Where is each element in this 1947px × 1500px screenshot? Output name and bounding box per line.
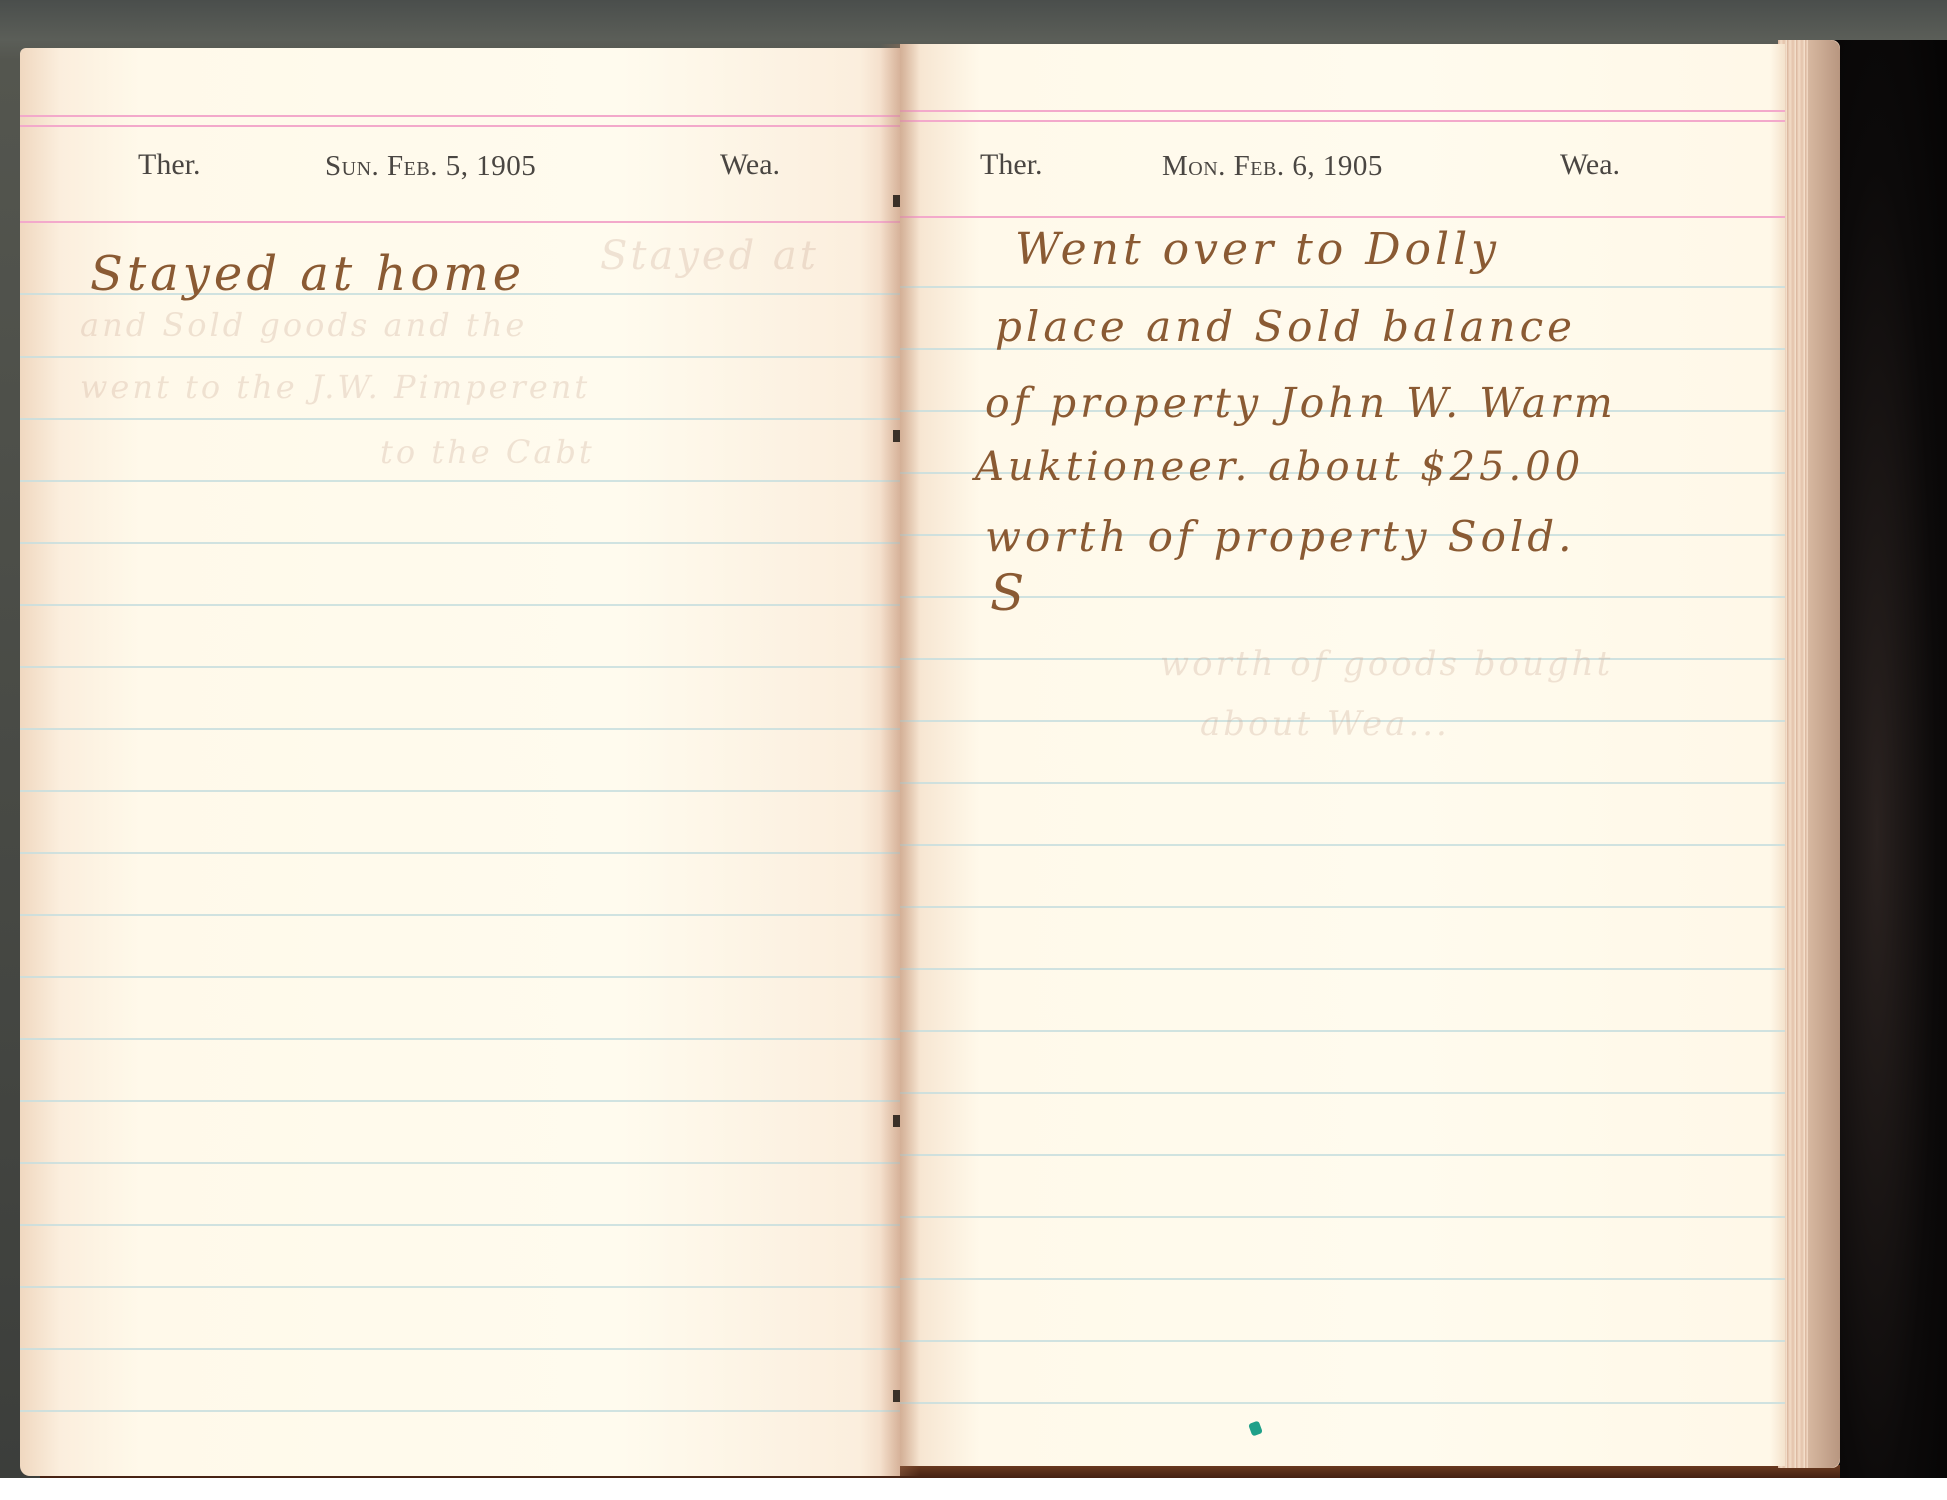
ruled-line xyxy=(20,1100,900,1102)
ruled-line xyxy=(900,968,1785,970)
ruled-line xyxy=(20,480,900,482)
handwritten-entry-line: Went over to Dolly xyxy=(1015,224,1500,275)
ruled-line xyxy=(900,844,1785,846)
ruled-line xyxy=(900,1030,1785,1032)
bleed-through-text: to the Cabt xyxy=(380,433,595,471)
binding-stitch xyxy=(893,195,900,207)
right-page-header: Ther. Mon. Feb. 6, 1905 Wea. xyxy=(900,148,1785,198)
left-diary-page: Ther. Sun. Feb. 5, 1905 Wea. Stayed at a… xyxy=(20,48,900,1476)
ruled-line xyxy=(20,542,900,544)
ther-label: Ther. xyxy=(138,148,200,182)
header-rule-top-2 xyxy=(20,125,900,127)
ruled-line xyxy=(20,790,900,792)
ruled-line xyxy=(900,1092,1785,1094)
page-date: Mon. Feb. 6, 1905 xyxy=(1162,150,1383,183)
bleed-through-text: Stayed at xyxy=(600,233,819,279)
wea-label: Wea. xyxy=(1560,148,1620,182)
ruled-line xyxy=(20,604,900,606)
handwritten-entry-line: place and Sold balance xyxy=(995,302,1576,351)
bleed-through-text: about Wea... xyxy=(1200,704,1450,744)
bleed-through-text: went to the J.W. Pimperent xyxy=(80,368,590,406)
book-cover-right xyxy=(1830,40,1947,1482)
ruled-line xyxy=(900,596,1785,598)
binding-stitch xyxy=(893,1390,900,1402)
book-gutter xyxy=(880,44,920,1476)
bleed-through-text: and Sold goods and the xyxy=(80,306,527,344)
ruled-line xyxy=(900,1278,1785,1280)
ruled-line xyxy=(20,356,900,358)
ruled-line xyxy=(20,1348,900,1350)
handwritten-entry-line: of property John W. Warm xyxy=(985,379,1617,427)
ruled-line xyxy=(20,1286,900,1288)
scan-margin-bottom xyxy=(0,1478,1947,1500)
handwritten-entry-line: Auktioneer. about $25.00 xyxy=(975,444,1584,490)
ruled-line xyxy=(900,1402,1785,1404)
ruled-line xyxy=(20,976,900,978)
ruled-line xyxy=(900,1340,1785,1342)
ruled-line xyxy=(20,1410,900,1412)
ruled-line xyxy=(20,914,900,916)
ink-blot xyxy=(1248,1421,1263,1437)
header-rule-top-1 xyxy=(900,110,1785,112)
page-date: Sun. Feb. 5, 1905 xyxy=(325,150,536,183)
ruled-line xyxy=(900,782,1785,784)
ruled-line xyxy=(20,1038,900,1040)
ruled-line xyxy=(20,852,900,854)
ruled-line xyxy=(20,666,900,668)
bleed-through-text: worth of goods bought xyxy=(1160,644,1613,684)
header-rule-bottom xyxy=(900,216,1785,218)
handwritten-entry-line: worth of property Sold. xyxy=(985,512,1576,561)
wea-label: Wea. xyxy=(720,148,780,182)
ther-label: Ther. xyxy=(980,148,1042,182)
ruled-line xyxy=(900,286,1785,288)
ruled-line xyxy=(20,1162,900,1164)
header-rule-top-1 xyxy=(20,115,900,117)
ruled-line xyxy=(900,906,1785,908)
binding-stitch xyxy=(893,1115,900,1127)
header-rule-bottom xyxy=(20,221,900,223)
binding-stitch xyxy=(893,430,900,442)
ruled-line xyxy=(20,1224,900,1226)
page-block-edges xyxy=(1778,40,1840,1468)
handwritten-initial: S xyxy=(990,564,1028,622)
left-page-header: Ther. Sun. Feb. 5, 1905 Wea. xyxy=(20,148,900,198)
header-rule-top-2 xyxy=(900,120,1785,122)
ruled-line xyxy=(20,418,900,420)
handwritten-entry-line: Stayed at home xyxy=(90,246,525,302)
ruled-line xyxy=(20,728,900,730)
right-diary-page: Ther. Mon. Feb. 6, 1905 Wea. worth of go… xyxy=(900,44,1785,1466)
ruled-line xyxy=(900,1154,1785,1156)
ruled-line xyxy=(900,1216,1785,1218)
